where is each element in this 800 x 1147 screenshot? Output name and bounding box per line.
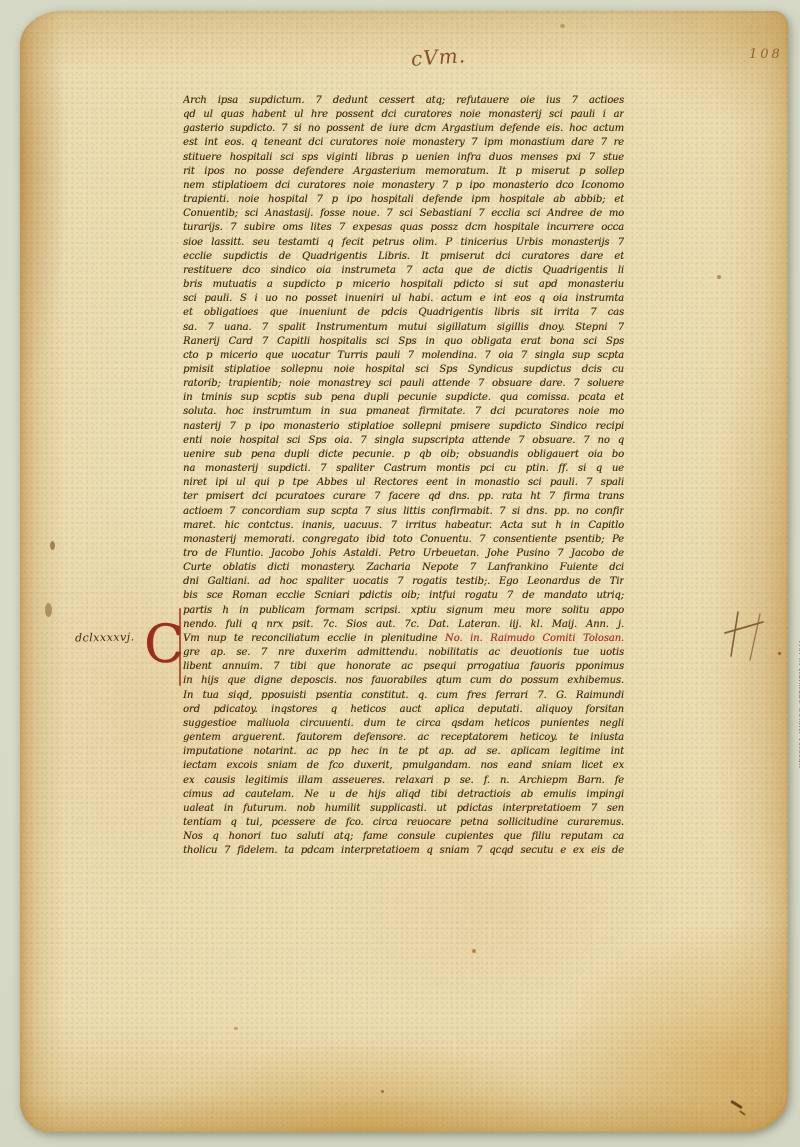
text-line: tro de Fluntio. Jacobo Johis Astaldi. Pe… xyxy=(183,547,624,561)
text-line: est int eos. q teneant dci curatores noi… xyxy=(183,136,624,150)
text-line: Nos q honori tuo saluti atq; fame consul… xyxy=(183,830,624,844)
text-line: Curte oblatis dicti monastery. Zacharia … xyxy=(183,561,624,575)
text-line: ex causis legitimis illam asseueres. rel… xyxy=(183,774,624,788)
text-line: ualeat in futurum. nob humilit supplicas… xyxy=(183,802,624,816)
red-paraph-line xyxy=(179,608,181,686)
text-line: actioem 7 concordiam sup scpta 7 sius li… xyxy=(183,505,624,519)
margin-note-roman-numeral: dclxxxxvj. xyxy=(75,630,135,644)
text-line: iectam excois sniam de fco duxerit, pmul… xyxy=(183,759,624,773)
text-line: gentem arguerent. fautorem defensore. ac… xyxy=(183,731,624,745)
red-initial-letter: C xyxy=(144,619,184,671)
rubric-address-note: No. in. Raimudo Comiti Tolosan. xyxy=(437,633,624,644)
text-line: sioe lassitt. seu testamti q fecit petru… xyxy=(183,236,624,250)
text-line: partis h in publicam formam scripsi. xpt… xyxy=(183,604,624,618)
text-line: Conuentib; sci Anastasij. fosse noue. 7 … xyxy=(183,207,624,221)
text-line: dni Galtiani. ad hoc spaliter uocatis 7 … xyxy=(183,575,624,589)
folio-number: 108 xyxy=(749,47,783,62)
text-line: stituere hospitali sci sps viginti libra… xyxy=(183,151,624,165)
text-line: gasterio supdicto. 7 si no possent de iu… xyxy=(183,122,624,136)
margin-note-vertical: No. in Raimudo Comiti Tolosan xyxy=(791,641,800,769)
text-line: niret ipi ul qui p tpe Abbes ul Rectores… xyxy=(183,476,624,490)
text-line: cimus ad cautelam. Ne u de hijs aliqd ti… xyxy=(183,788,624,802)
parchment-page: cVm. 108 dclxxxxvj. C No. in Raimudo Com… xyxy=(20,11,788,1132)
text-line: ecclie supdictis de Quadrigentis Libris.… xyxy=(183,250,624,264)
text-line: uenire sub pena dupli dicte pecunie. p q… xyxy=(183,448,624,462)
text-line: turarijs. 7 subire oms lites 7 expesas q… xyxy=(183,221,624,235)
manuscript-photo: cVm. 108 dclxxxxvj. C No. in Raimudo Com… xyxy=(0,0,800,1147)
stain-spot xyxy=(472,949,476,953)
stain-spot xyxy=(717,275,721,279)
stain-spot xyxy=(234,1027,238,1030)
text-line: bris mutuatis a supdicto p micerio hospi… xyxy=(183,278,624,292)
text-line: et obligatioes que inueniunt de pdcis Qu… xyxy=(183,306,624,320)
text-line: Ranerij Card 7 Capitli hospitalis sci Sp… xyxy=(183,335,624,349)
text-line: In tua siqd, pposuisti psentia constitut… xyxy=(183,689,624,703)
text-line: ratorib; trapientib; noie monastrey sci … xyxy=(183,377,624,391)
text-line: nasterij 7 p ipo monasterio stiplatioe s… xyxy=(183,420,624,434)
text-line: suggestioe maliuola circuuenti. dum te c… xyxy=(183,717,624,731)
text-line: imputatione notarint. ac pp hec in te pt… xyxy=(183,745,624,759)
text-line: rit ipos no posse defendere Argasterium … xyxy=(183,165,624,179)
text-line: Vm nup te reconciliatum ecclie in plenit… xyxy=(183,632,624,646)
text-line: libent annuim. 7 tibi que honorate ac ps… xyxy=(183,660,624,674)
text-line: restituere dco sindico oia instrumeta 7 … xyxy=(183,264,624,278)
text-line: sa. 7 uana. 7 spalit Instrumentum mutui … xyxy=(183,321,624,335)
text-line: monasterij memorati. congregato ibid tot… xyxy=(183,533,624,547)
text-line: nem stiplatioem dci curatores noie monas… xyxy=(183,179,624,193)
text-line: sci pauli. S i uo no posset inueniri ul … xyxy=(183,292,624,306)
text-line: soluta. hoc instrumtum in sua pmaneat fi… xyxy=(183,405,624,419)
text-line: ter pmisert dci pcuratoes curare 7 facer… xyxy=(183,490,624,504)
text-line: na monasterij supdicti. 7 spaliter Castr… xyxy=(183,462,624,476)
text-block: Arch ipsa supdictum. 7 dedunt cessert at… xyxy=(183,94,624,858)
text-line: pmisit stiplatioe sollepnu noie hospital… xyxy=(183,363,624,377)
ink-blemish xyxy=(730,1100,743,1109)
ink-blemish xyxy=(739,1110,746,1116)
text-line: Arch ipsa supdictum. 7 dedunt cessert at… xyxy=(183,94,624,108)
text-line: tholicu 7 fidelem. ta pdcam interpretati… xyxy=(183,844,624,858)
stain-spot xyxy=(778,652,781,655)
text-line: maret. hic contctus. inanis, uacuus. 7 i… xyxy=(183,519,624,533)
text-line: enti noie hospital sci Sps oia. 7 singla… xyxy=(183,434,624,448)
text-line: gre ap. se. 7 nre duxerim admittendu. no… xyxy=(183,646,624,660)
text-line: ord pdicatoy. inqstores q heticos auct a… xyxy=(183,703,624,717)
text-line: tentiam q tui, pcessere de fco. circa re… xyxy=(183,816,624,830)
text-line: nendo. fuli q nrx psit. 7c. Sios aut. 7c… xyxy=(183,618,624,632)
text-line: in tminis sup scptis sub pena dupli pecu… xyxy=(183,391,624,405)
text-line: in hijs que digne deposcis. nos fauorabi… xyxy=(183,674,624,688)
text-line: cto p micerio que uocatur Turris pauli 7… xyxy=(183,349,624,363)
quire-mark: cVm. xyxy=(410,43,467,71)
margin-cross-mark xyxy=(720,608,768,668)
stain-spot xyxy=(560,24,565,28)
text-line: bis sce Roman ecclie Scniari pdictis oib… xyxy=(183,589,624,603)
text-line: qd ul quas habent ul hre possent dci cur… xyxy=(183,108,624,122)
stain-spot xyxy=(381,1090,384,1093)
text-line: trapienti. noie hospital 7 p ipo hospita… xyxy=(183,193,624,207)
edge-stain xyxy=(45,603,52,617)
edge-stain xyxy=(50,541,55,550)
